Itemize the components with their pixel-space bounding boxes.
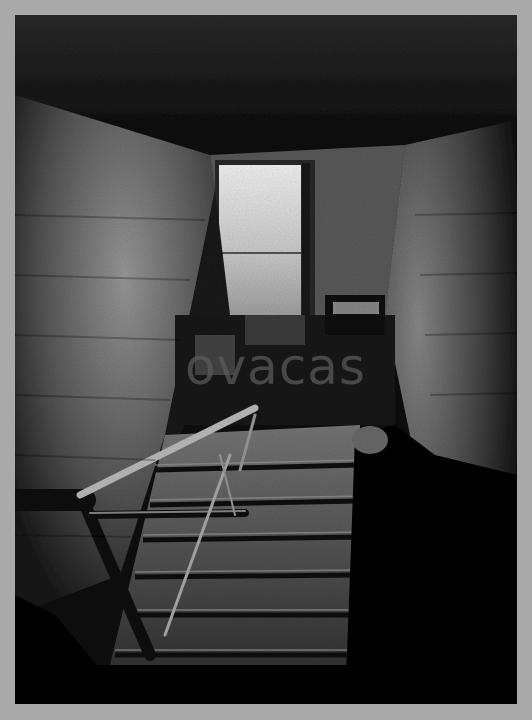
stairwell-photo — [15, 15, 517, 704]
photo-frame: ovacas — [15, 15, 517, 704]
